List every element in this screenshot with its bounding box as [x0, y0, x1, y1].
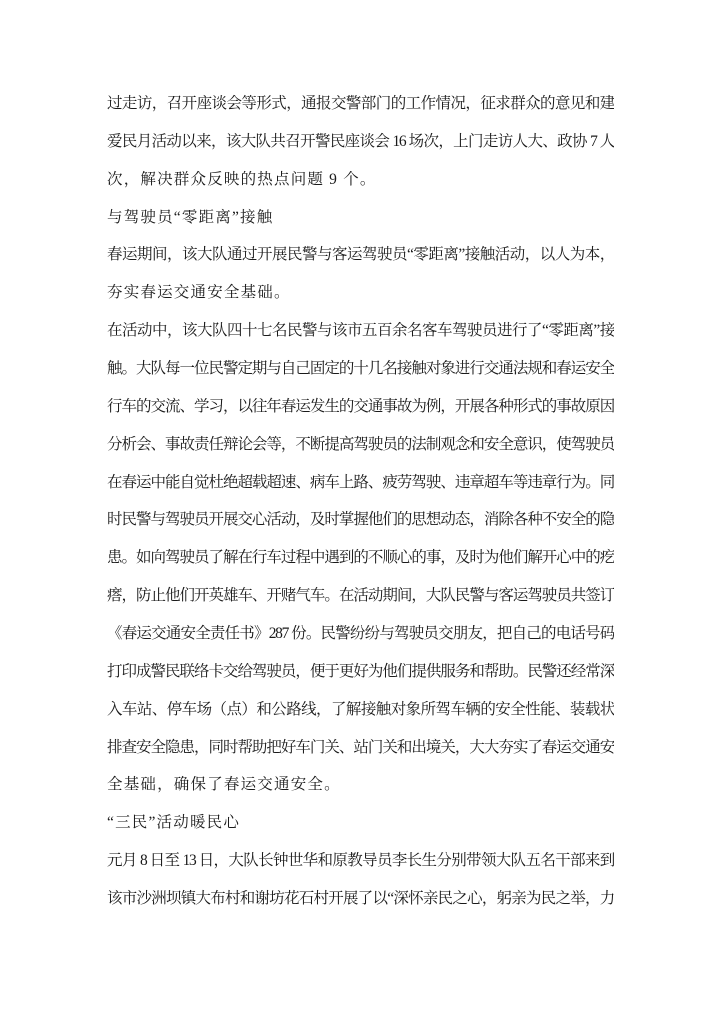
text-line: 行车的交流、学习，以往年春运发生的交通事故为例，开展各种形式的事故原因	[107, 388, 614, 426]
text-line: 在春运中能自觉杜绝超载超速、病车上路、疲劳驾驶、违章超车等违章行为。同	[107, 464, 614, 502]
text-line: 在活动中，该大队四十七名民警与该市五百余名客车驾驶员进行了“零距离”接	[107, 312, 614, 350]
text-line: 全基础，确保了春运交通安全。	[107, 766, 614, 804]
text-line: 爱民月活动以来，该大队共召开警民座谈会 16 场次，上门走访人大、政协 7 人	[107, 123, 614, 161]
text-line: 春运期间，该大队通过开展民警与客运驾驶员“零距离”接触活动，以人为本，	[107, 236, 614, 274]
text-line: 该市沙洲坝镇大布村和谢坊花石村开展了以“深怀亲民之心，躬亲为民之举，力	[107, 880, 614, 918]
text-line: 分析会、事故责任辩论会等，不断提高驾驶员的法制观念和安全意识，使驾驶员	[107, 426, 614, 464]
text-line: 入车站、停车场（点）和公路线，了解接触对象所驾车辆的安全性能、装载状况，	[107, 691, 614, 729]
text-line: 瘩，防止他们开英雄车、开赌气车。在活动期间，大队民警与客运驾驶员共签订	[107, 577, 614, 615]
section-heading: 与驾驶员“零距离”接触	[107, 199, 614, 237]
section-heading: “三民”活动暖民心	[107, 804, 614, 842]
text-line: 排查安全隐患，同时帮助把好车门关、站门关和出境关，大大夯实了春运交通安	[107, 729, 614, 767]
document-body: 过走访，召开座谈会等形式，通报交警部门的工作情况，征求群众的意见和建议。爱民月活…	[107, 85, 614, 918]
text-line: 时民警与驾驶员开展交心活动，及时掌握他们的思想动态，消除各种不安全的隐	[107, 501, 614, 539]
text-line: 触。大队每一位民警定期与自己固定的十几名接触对象进行交通法规和春运安全	[107, 350, 614, 388]
text-line: 打印成警民联络卡交给驾驶员，便于更好为他们提供服务和帮助。民警还经常深	[107, 653, 614, 691]
text-line: 次，解决群众反映的热点问题 9 个。	[107, 161, 614, 199]
text-line: 夯实春运交通安全基础。	[107, 274, 614, 312]
text-line: 患。如向驾驶员了解在行车过程中遇到的不顺心的事，及时为他们解开心中的疙	[107, 539, 614, 577]
text-line: 元月 8 日至 13 日，大队长钟世华和原教导员李长生分别带领大队五名干部来到	[107, 842, 614, 880]
document-page: 过走访，召开座谈会等形式，通报交警部门的工作情况，征求群众的意见和建议。爱民月活…	[0, 0, 721, 1020]
text-line: 《春运交通安全责任书》287 份。民警纷纷与驾驶员交朋友，把自己的电话号码	[107, 615, 614, 653]
text-line: 过走访，召开座谈会等形式，通报交警部门的工作情况，征求群众的意见和建议。	[107, 85, 614, 123]
